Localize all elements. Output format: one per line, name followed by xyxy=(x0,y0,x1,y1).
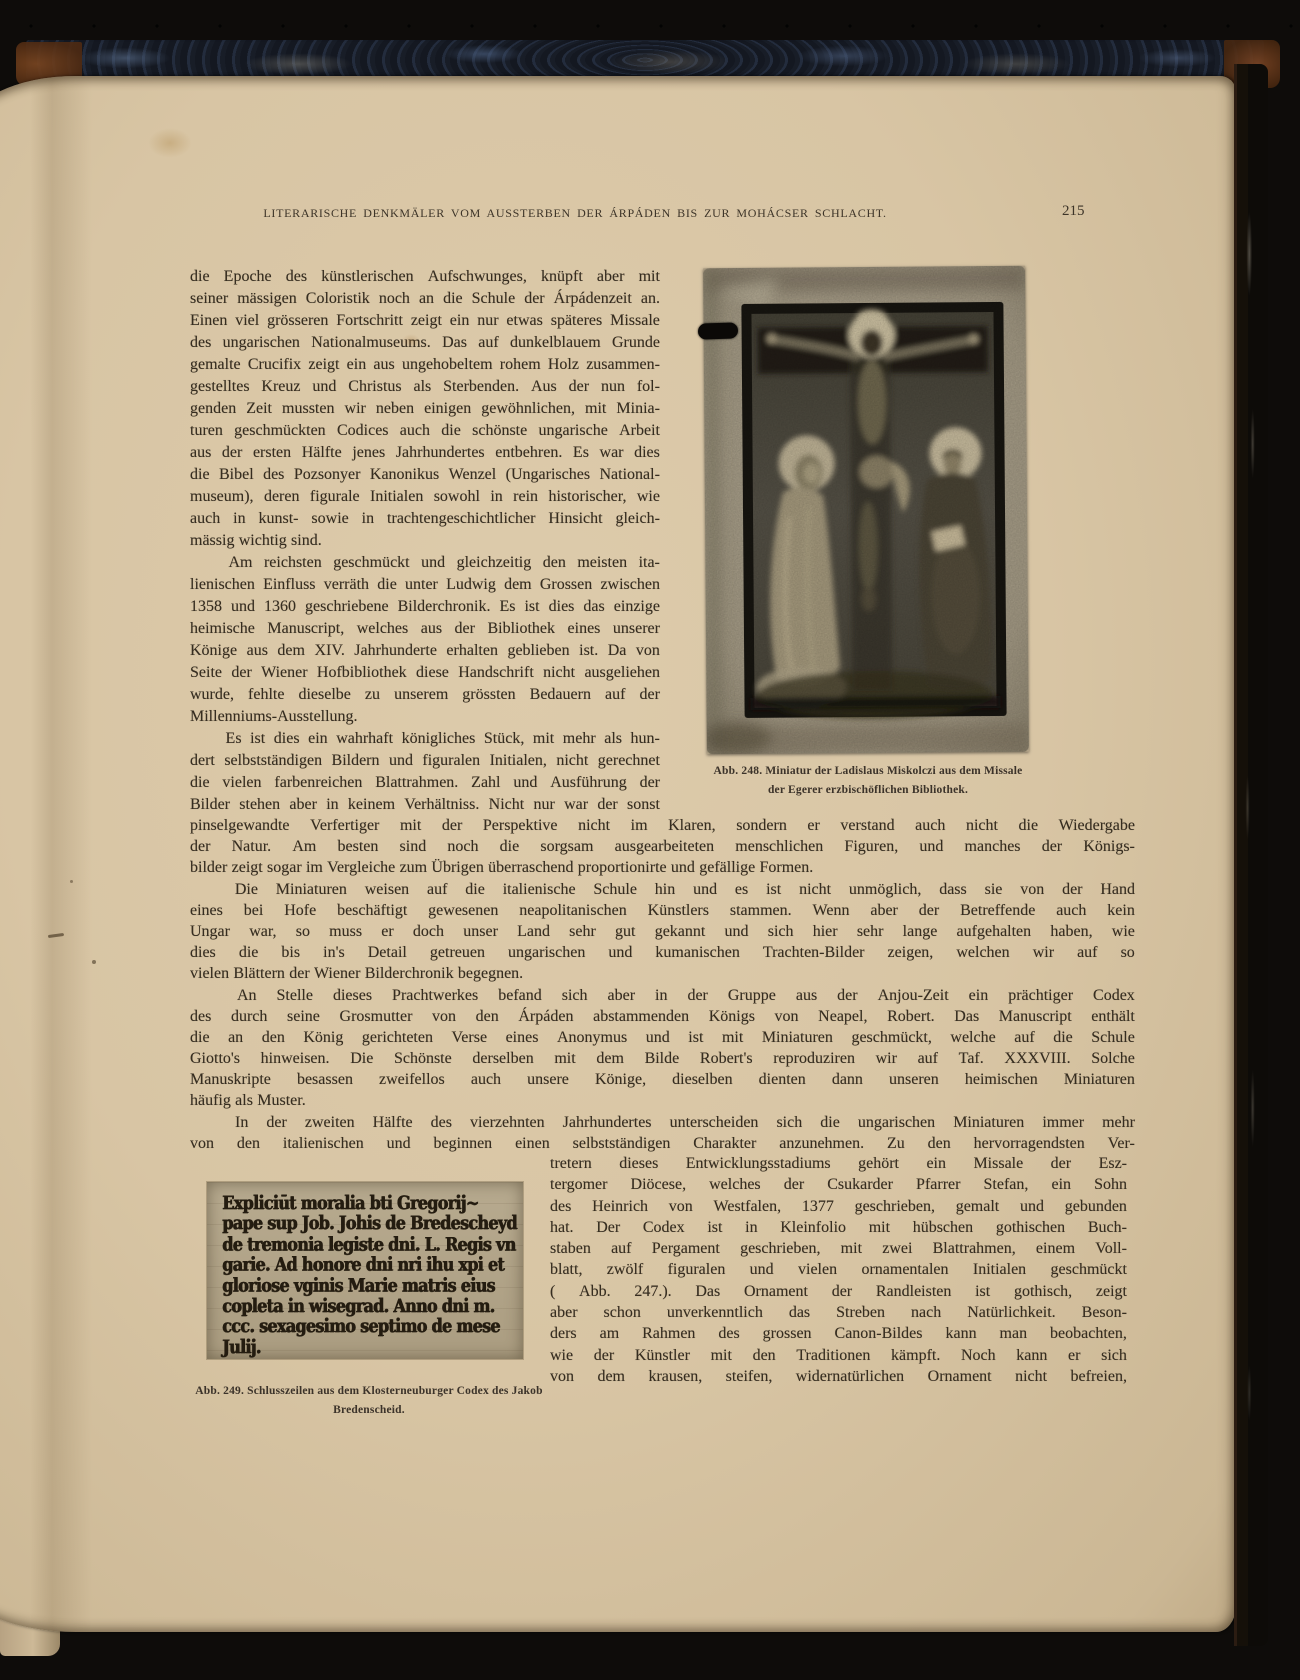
right-column-text: treterndiesesEntwicklungsstadiumsgehörte… xyxy=(550,1155,1127,1389)
crucifixion-miniature-illustration xyxy=(703,266,1029,755)
caption-line: Abb. 248. Miniatur der Ladislaus Miskolc… xyxy=(686,762,1050,781)
text-line: Amreichstengeschmücktundgleichzeitigdenm… xyxy=(190,554,660,576)
text-line: wiederKünstlermitdenTraditionenkämpft.No… xyxy=(550,1347,1127,1368)
text-line: desHeinrichvonWestfalen,1377geschrieben,… xyxy=(550,1198,1127,1219)
text-line: seinermässigenColoristiknochandieSchuled… xyxy=(190,290,660,312)
text-line: bilderzeigtsogarimVergleichezumÜbrigenüb… xyxy=(190,859,1135,880)
text-line: auchinkunst-sowieintrachtengeschichtlich… xyxy=(190,510,660,532)
caption-line: der Egerer erzbischöflichen Bibliothek. xyxy=(686,781,1050,800)
full-width-text: pinselgewandteVerfertigermitderPerspekti… xyxy=(190,817,1135,1156)
figure-248-caption: Abb. 248. Miniatur der Ladislaus Miskolc… xyxy=(686,762,1050,800)
manuscript-line: garie. Ad honore dni nri ihu xpi et xyxy=(222,1254,517,1275)
figure-249-caption: Abb. 249. Schlusszeilen aus dem Klostern… xyxy=(178,1382,560,1420)
text-line: SeitederWienerHofbibliothekdieseHandschr… xyxy=(190,664,660,686)
text-line: treterndiesesEntwicklungsstadiumsgehörte… xyxy=(550,1155,1127,1176)
text-line: gendenZeitmusstenwirnebeneinigengewöhnli… xyxy=(190,400,660,422)
running-header: LITERARISCHE DENKMÄLER VOM AUSSTERBEN DE… xyxy=(190,206,960,221)
text-line: DieMiniaturenweisenaufdieitalienischeSch… xyxy=(190,881,1135,902)
margin-speck xyxy=(92,960,96,964)
text-line: stabenaufPergamentgeschrieben,mitzweiBla… xyxy=(550,1240,1127,1261)
text-line: heimischeManuscript,welchesausderBibliot… xyxy=(190,620,660,642)
manuscript-line: Expliciūt moralia bti Gregorij~ xyxy=(222,1193,517,1214)
manuscript-line: gloriose vginis Marie matris eius xyxy=(222,1275,517,1296)
text-line: Millenniums-Ausstellung. xyxy=(190,708,660,730)
text-line: EsistdieseinwahrhaftköniglichesStück,mit… xyxy=(190,730,660,752)
text-line: gemalteCrucifixzeigteinausungehobeltemro… xyxy=(190,356,660,378)
page-content: LITERARISCHE DENKMÄLER VOM AUSSTERBEN DE… xyxy=(0,0,1300,1680)
caption-line: Abb. 249. Schlusszeilen aus dem Klostern… xyxy=(178,1382,560,1401)
text-line: Ungarwar,somusserdochunserLandsehrgutgek… xyxy=(190,923,1135,944)
text-line: BilderstehenaberinkeinemVerhältniss.Nich… xyxy=(190,796,660,818)
text-line: dersamRahmendesgrossenCanon-Bildeskannma… xyxy=(550,1325,1127,1346)
text-line: desdurchseineGrosmuttervondenÁrpádenabst… xyxy=(190,1008,1135,1029)
text-line: mässigwichtigsind. xyxy=(190,532,660,554)
text-line: derNatur.Ambestensindnochdiesorgsamausge… xyxy=(190,838,1135,859)
text-line: InderzweitenHälftedesvierzehntenJahrhund… xyxy=(190,1114,1135,1135)
text-line: ManuskriptebesassenzweifellosauchunsereK… xyxy=(190,1071,1135,1092)
left-column-text: dieEpochedeskünstlerischenAufschwunges,k… xyxy=(190,268,660,818)
text-line: tergomerDiöcese,welchesderCsukarderPfarr… xyxy=(550,1176,1127,1197)
text-line: pinselgewandteVerfertigermitderPerspekti… xyxy=(190,817,1135,838)
manuscript-line: de tremonia legiste dni. L. Regis vn xyxy=(222,1234,517,1255)
text-line: 1358und1360geschriebeneBilderchronik.Esi… xyxy=(190,598,660,620)
text-line: blatt,zwölffiguralenundvielenornamentale… xyxy=(550,1261,1127,1282)
page-number: 215 xyxy=(1062,203,1085,220)
caption-line: Bredenscheid. xyxy=(178,1401,560,1420)
text-line: (Abb.247.).DasOrnamentderRandleistenistg… xyxy=(550,1283,1127,1304)
text-line: AnStellediesesPrachtwerkesbefandsichaber… xyxy=(190,987,1135,1008)
text-line: diesdiebisin'sDetailgetreuenungarischenu… xyxy=(190,944,1135,965)
text-line: dieEpochedeskünstlerischenAufschwunges,k… xyxy=(190,268,660,290)
text-line: hat.DerCodexistinKleinfoliomithübschengo… xyxy=(550,1219,1127,1240)
text-line: einesbeiHofebeschäftigtgewesenenneapolit… xyxy=(190,902,1135,923)
page-stain xyxy=(402,334,420,348)
text-line: dievielenfarbenreichenBlattrahmen.Zahlun… xyxy=(190,774,660,796)
figure-abb-248 xyxy=(703,266,1029,755)
text-line: vondemkrausen,steifen,widernatürlichenOr… xyxy=(550,1368,1127,1389)
text-line: vielenBlätternderWienerBilderchronikbege… xyxy=(190,965,1135,986)
text-line: gestelltesKreuzundChristusalsSterbenden.… xyxy=(190,378,660,400)
ink-mark xyxy=(698,322,739,339)
text-line: KönigeausdemXIV.Jahrhunderteerhaltengebl… xyxy=(190,642,660,664)
page-stain xyxy=(148,128,192,158)
text-line: häufigalsMuster. xyxy=(190,1092,1135,1113)
text-line: dieBibeldesPozsonyerKanonikusWenzel(Unga… xyxy=(190,466,660,488)
manuscript-line: ccc. sexagesimo septimo de mese xyxy=(222,1316,517,1337)
text-line: EinenvielgrösserenFortschrittzeigteinnur… xyxy=(190,312,660,334)
margin-speck xyxy=(48,933,64,938)
margin-speck xyxy=(70,880,73,883)
text-line: aberschonunverkenntlichdasStrebennachNat… xyxy=(550,1304,1127,1325)
manuscript-line: pape sup Job. Johis de Bredescheyd xyxy=(222,1213,517,1234)
text-line: museum),derenfiguraleInitialensowohlinre… xyxy=(190,488,660,510)
manuscript-blackletter-text: Expliciūt moralia bti Gregorij~pape sup … xyxy=(207,1182,523,1357)
manuscript-line: copleta in wisegrad. Anno dni m. xyxy=(222,1295,517,1316)
text-line: dertselbstständigenBildernundfiguralenIn… xyxy=(190,752,660,774)
text-line: vondenitalienischenundbeginneneinenselbs… xyxy=(190,1135,1135,1156)
text-line: dieandenKöniggerichtetenVerseeinesAnonym… xyxy=(190,1029,1135,1050)
text-line: Giotto'shinweisen.DieSchönstederselbenmi… xyxy=(190,1050,1135,1071)
text-line: ausdererstenHälftejenesJahrhundertesentb… xyxy=(190,444,660,466)
text-line: desungarischenNationalmuseums.Dasaufdunk… xyxy=(190,334,660,356)
book-scan: LITERARISCHE DENKMÄLER VOM AUSSTERBEN DE… xyxy=(0,0,1300,1680)
text-line: wurde,fehltedieselbezuunseremgrösstenBed… xyxy=(190,686,660,708)
figure-abb-249: Expliciūt moralia bti Gregorij~pape sup … xyxy=(207,1182,523,1359)
text-line: turengeschmücktenCodicesauchdieschönsteu… xyxy=(190,422,660,444)
manuscript-line: Julij. xyxy=(222,1336,517,1357)
text-line: lienischenEinflussverräthdieunterLudwigd… xyxy=(190,576,660,598)
